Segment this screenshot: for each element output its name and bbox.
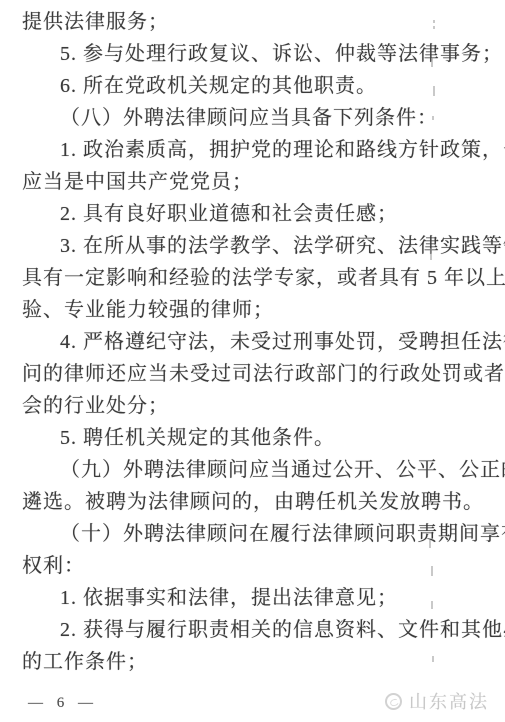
watermark-label: 山东高法 <box>409 688 489 714</box>
scan-artifact <box>433 86 435 96</box>
text-line: 验、专业能力较强的律师； <box>22 294 488 326</box>
text-line: 4. 严格遵纪守法，未受过刑事处罚，受聘担任法律顾 <box>22 326 488 358</box>
text-line: 5. 聘任机关规定的其他条件。 <box>22 422 488 454</box>
scanned-document-page: 提供法律服务； 5. 参与处理行政复议、诉讼、仲裁等法律事务； 6. 所在党政机… <box>0 0 505 722</box>
document-body: 提供法律服务； 5. 参与处理行政复议、诉讼、仲裁等法律事务； 6. 所在党政机… <box>22 6 488 678</box>
text-line: （八）外聘法律顾问应当具备下列条件： <box>22 102 488 134</box>
text-line: （九）外聘法律顾问应当通过公开、公平、公正的方式 <box>22 454 488 486</box>
scan-artifact <box>431 601 433 609</box>
text-line: 3. 在所从事的法学教学、法学研究、法律实践等领域 <box>22 230 488 262</box>
text-line: 提供法律服务； <box>22 6 488 38</box>
text-line: 会的行业处分； <box>22 390 488 422</box>
text-line: 应当是中国共产党党员； <box>22 166 488 198</box>
scan-artifact <box>433 26 435 29</box>
watermark: 山东高法 <box>385 688 489 714</box>
page-footer: — 6 — 山东高法 <box>0 690 505 716</box>
scan-artifact <box>431 566 433 576</box>
scan-artifact <box>430 248 432 260</box>
text-line: 遴选。被聘为法律顾问的，由聘任机关发放聘书。 <box>22 486 488 518</box>
scan-artifact <box>431 58 433 67</box>
text-line: 问的律师还应当未受过司法行政部门的行政处罚或者律师协 <box>22 358 488 390</box>
text-line: 1. 依据事实和法律，提出法律意见； <box>22 582 488 614</box>
text-line: 具有一定影响和经验的法学专家，或者具有 5 年以上执业经 <box>22 262 488 294</box>
text-line: 2. 获得与履行职责相关的信息资料、文件和其他必需 <box>22 614 488 646</box>
scan-artifact <box>432 656 434 662</box>
text-line: 2. 具有良好职业道德和社会责任感； <box>22 198 488 230</box>
text-line: （十）外聘法律顾问在履行法律顾问职责期间享有下列 <box>22 518 488 550</box>
text-line: 1. 政治素质高，拥护党的理论和路线方针政策，一般 <box>22 134 488 166</box>
scan-artifact <box>432 116 434 120</box>
page-number: — 6 — <box>28 695 98 712</box>
scan-artifact <box>429 540 431 548</box>
text-line: 的工作条件； <box>22 646 488 678</box>
text-line: 权利： <box>22 550 488 582</box>
circle-seal-icon <box>385 693 402 710</box>
text-line: 5. 参与处理行政复议、诉讼、仲裁等法律事务； <box>22 38 488 70</box>
scan-artifact <box>433 20 435 23</box>
text-line: 6. 所在党政机关规定的其他职责。 <box>22 70 488 102</box>
